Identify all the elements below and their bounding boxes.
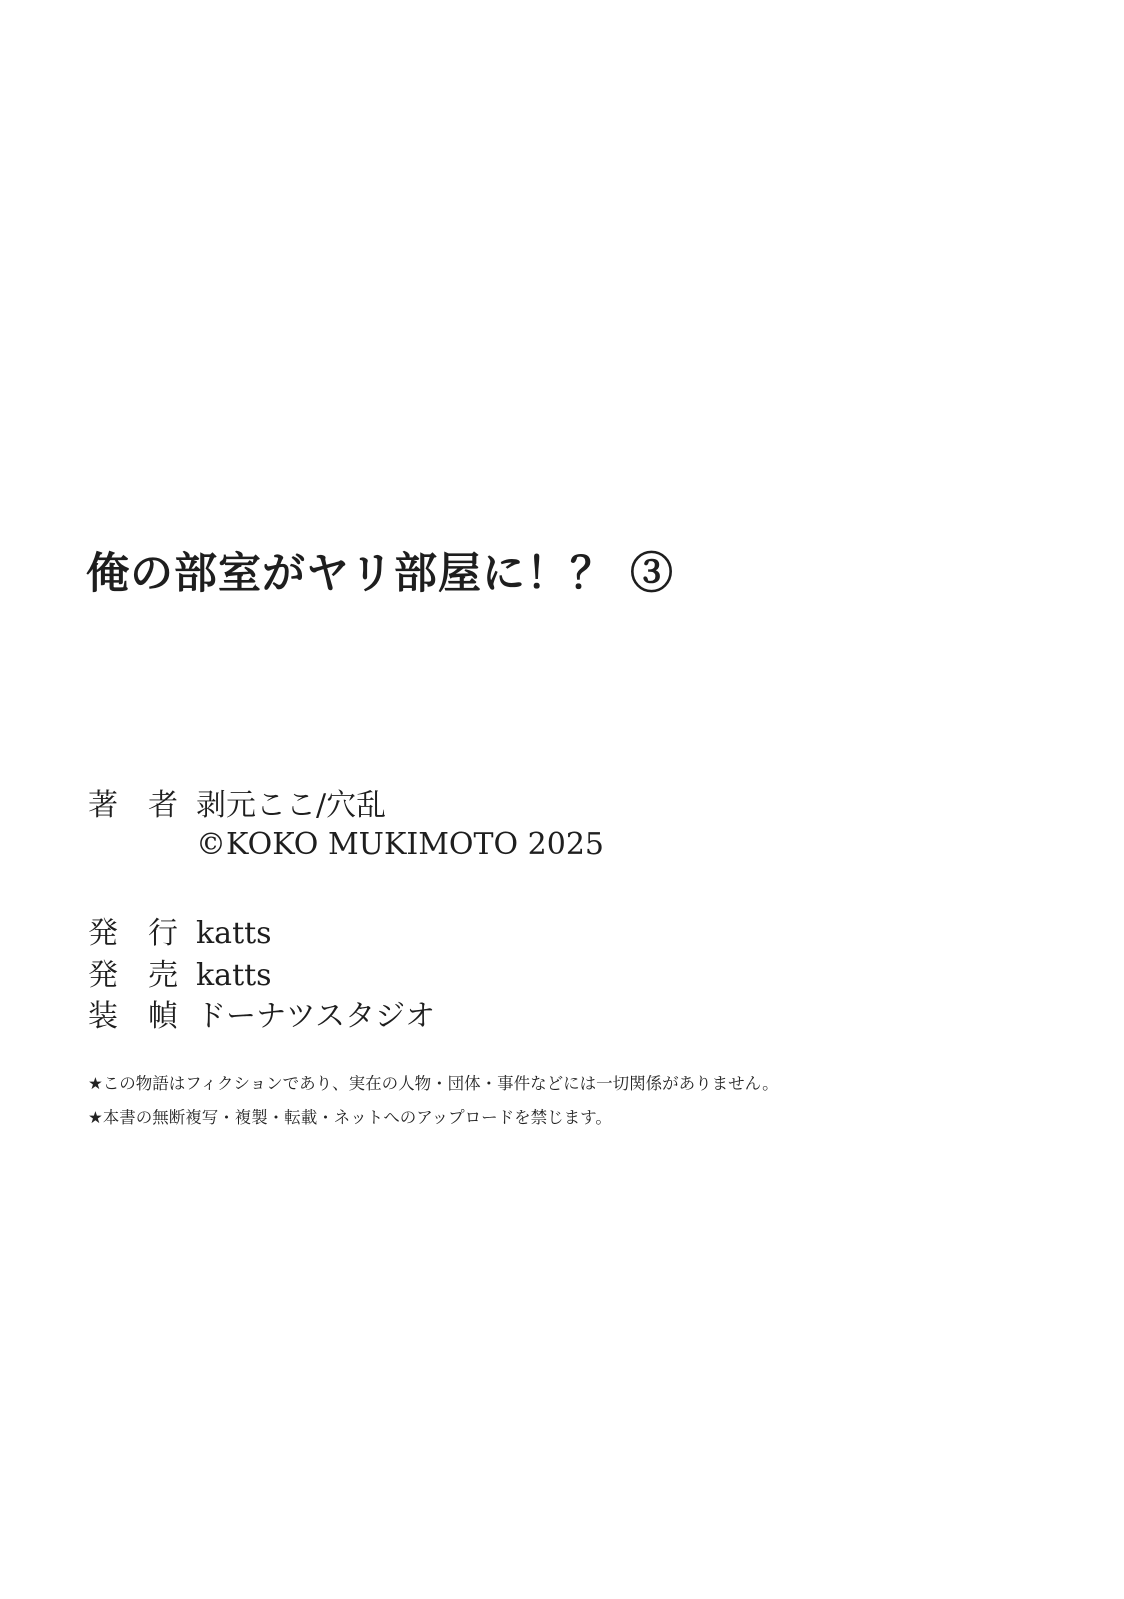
reproduction-warning-note: ★本書の無断複写・複製・転載・ネットへのアップロードを禁じます。 xyxy=(88,1107,612,1128)
distributor-label: 発 売 xyxy=(88,958,196,994)
colophon-page: 俺の部室がヤリ部屋に！？ ③ 著 者剥元ここ/穴乱 ©KOKO MUKIMOTO… xyxy=(0,0,1124,1599)
distributor-value: katts xyxy=(196,958,272,993)
publisher-row: 発 行katts xyxy=(88,916,272,952)
design-value: ドーナツスタジオ xyxy=(196,999,435,1034)
author-value: 剥元ここ/穴乱 xyxy=(196,788,386,823)
publisher-value: katts xyxy=(196,916,272,951)
design-row: 装 幀ドーナツスタジオ xyxy=(88,999,435,1035)
design-label: 装 幀 xyxy=(88,999,196,1035)
author-row: 著 者剥元ここ/穴乱 xyxy=(88,788,386,824)
publisher-label: 発 行 xyxy=(88,916,196,952)
distributor-row: 発 売katts xyxy=(88,958,272,994)
copyright-line: ©KOKO MUKIMOTO 2025 xyxy=(196,827,604,863)
book-title: 俺の部室がヤリ部屋に！？ ③ xyxy=(86,549,674,601)
author-label: 著 者 xyxy=(88,788,196,824)
fiction-disclaimer-note: ★この物語はフィクションであり、実在の人物・団体・事件などには一切関係がありませ… xyxy=(88,1073,779,1094)
